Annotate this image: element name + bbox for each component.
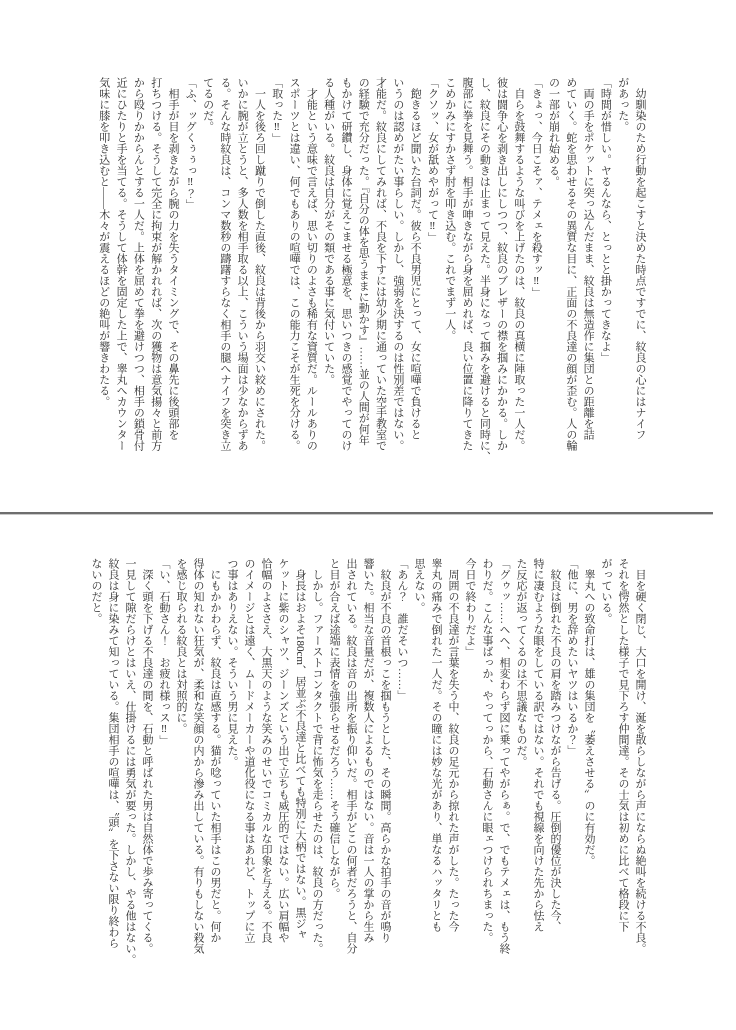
text-line: 身長はおよそ180cm、居並ぶ不良達と比べても特別に大柄ではない。黒ジャ xyxy=(291,558,308,972)
text-line: 思えない。 xyxy=(410,558,427,972)
text-line: 「ふ、ッグくぅぅっ‼？」 xyxy=(181,77,198,473)
text-line: にもかかわらず、紋良は直感する。猫が唸っていた相手はこの男だと。何か xyxy=(206,558,223,972)
text-line: 腹部に拳を見舞う。相手が呻きながら身を屈めれば、良い位置に降りてきた xyxy=(458,77,475,473)
text-line: 「あん？ 誰だそいつ……」 xyxy=(393,558,410,972)
text-line: 紋良が不良の首根っこを掴もうとした、その瞬間。高らかな拍手の音が鳴り xyxy=(376,558,393,972)
text-line: 紋良は倒れた不良の肩を踏みつけながら告げる。圧倒的優位が決した今、 xyxy=(546,558,563,972)
text-line: 幼馴染のため行動を起こすと決めた時点ですでに、紋良の心にはナイフ xyxy=(631,77,648,473)
text-line: た反応が返ってくるのは不思議なものだ。 xyxy=(512,558,529,972)
text-line: のイメージとは遠く、ムードメーカーや道化役になる事はあれど、トップに立 xyxy=(240,558,257,972)
text-line: スポーツとは違い、何でもありの喧嘩では、この能力こそが生死を分ける。 xyxy=(285,77,302,473)
text-line: 近にひたりと手を当てる。そうして体幹を固定した上で、睾丸へカウンター xyxy=(112,77,129,473)
text-line: 一見して隙だらけとはいえ、仕掛けるには勇気が要った。しかし、やる他はない。 xyxy=(121,558,138,972)
text-line: 出されている。紋良は音の出所を振り仰いだ。相手がどこの何者だろうと、自分 xyxy=(342,558,359,972)
text-line: 目を硬く閉じ、大口を開け、涎を散らしながら声にならぬ絶叫を続ける不良。 xyxy=(631,558,648,972)
text-line: つ事はありえない。そういう男に見えた。 xyxy=(223,558,240,972)
text-line: の一部が崩れ始める。 xyxy=(544,77,561,473)
text-line: 恰幅のよささえ、大黒天のような笑みのせいでコミカルな印象を与える。不良 xyxy=(257,558,274,972)
text-line: 相手が目を剥きながら腕の力を失うタイミングで、その鼻先に後頭部を xyxy=(164,77,181,473)
text-line: る。そんな時紋良は、コンマ数秒の躊躇すらなく相手の腿へナイフを突き立 xyxy=(216,77,233,473)
text-line: 響いた。相当な音量だが、複数人によるものではない。音は一人の掌から生み xyxy=(359,558,376,972)
text-line: 両の手をポケットに突っ込んだまま、紋良は無造作に集団との距離を詰 xyxy=(579,77,596,473)
text-line: それを愕然とした様子で見下ろす仲間達。その士気は初めに比べて格段に下 xyxy=(614,558,631,972)
text-line: ないのだと。 xyxy=(87,558,104,972)
text-line: めていく。蛇を思わせるその異質な目に、正面の不良達の顔が歪む。人の輪 xyxy=(562,77,579,473)
text-line: と目が合えば途端に表情を強張らせるだろう……そう確信しながら。 xyxy=(325,558,342,972)
text-line: 自らを鼓舞するような叫びを上げたのは、紋良の真横に陣取った一人だ。 xyxy=(510,77,527,473)
bottom-text-block: 目を硬く閉じ、大口を開け、涎を散らしながら声にならぬ絶叫を続ける不良。それを愕然… xyxy=(87,558,648,972)
text-line: 「取った‼」 xyxy=(267,77,284,473)
text-line: しかし。ファーストコンタクトで背に怖気を走らせたのは、紋良の方だった。 xyxy=(308,558,325,972)
text-line: 才能という意味で言えば、思い切りのよさも稀有な資質だ。ルールありの xyxy=(302,77,319,473)
text-line: 飽きるほど聞いた台詞だ。彼ら不良男児にとって、女に喧嘩で負けると xyxy=(406,77,423,473)
text-line: 特に凄むような眼をしている訳ではない。それでも視線を向けた先から怯え xyxy=(529,558,546,972)
text-line: 打ちつける。そうして完全に拘束が解かれれば、次の獲物は意気揚々と前方 xyxy=(146,77,163,473)
text-line: 睾丸の痛みで倒れた一人だ。その瞳には妙な光があり、単なるハッタリとも xyxy=(427,558,444,972)
top-text-block: 幼馴染のため行動を起こすと決めた時点ですでに、紋良の心にはナイフがあった。「時間… xyxy=(95,77,649,473)
text-line: がっている。 xyxy=(597,558,614,972)
text-line: こめかみにすかさず肘を叩き込む。これでまず一人。 xyxy=(440,77,457,473)
text-line: 一人を後ろ回し蹴りで倒した直後、紋良は背後から羽交い絞めにされた。 xyxy=(250,77,267,473)
text-line: 今日で終わりだよ」 xyxy=(461,558,478,972)
text-line: 「他に、男を辞めたいヤツはいるか？」 xyxy=(563,558,580,972)
text-line: 紋良は身に染みて知っている。集団相手の喧嘩は、〝頭〟を下さない限り終わら xyxy=(104,558,121,972)
section-divider xyxy=(0,512,713,515)
text-line: し、紋良にその動きは止まって見えた。半身になって掴みを避けると同時に、 xyxy=(475,77,492,473)
text-line: 「い、石動さん！ お疲れ様っス‼」 xyxy=(155,558,172,972)
text-line: 深く頭を下げる不良達の間を、石動と呼ばれた男は自然体で歩み寄ってくる。 xyxy=(138,558,155,972)
text-line: 周囲の不良達が言葉を失う中、紋良の足元から掠れた声がした。たった今 xyxy=(444,558,461,972)
text-line: 得体の知れない狂気が、柔和な笑顔の内から滲み出している。有りもしない殺気 xyxy=(189,558,206,972)
text-line: 「きょっ、今日こそァ、テメェを殺すッ‼」 xyxy=(527,77,544,473)
text-line: ケットに紫のシャツ、ジーンズという出で立ちも威圧的ではない。広い肩幅や xyxy=(274,558,291,972)
text-line: てるのだ。 xyxy=(198,77,215,473)
text-line: もかけて研鑽し、身体に覚えこませる極意を、思いつきの感覚でやってのけ xyxy=(337,77,354,473)
text-line: 「グゥッ……ヘヘ、相変わらず図に乗ってやがらぁ。で、でもテメェは、もう終 xyxy=(495,558,512,972)
text-line: 「クソッ、女が舐めやがって‼」 xyxy=(423,77,440,473)
text-line: る人種がいる。紋良は自分がその類である事に気付いていた。 xyxy=(319,77,336,473)
text-line: わりだ。こんな事ばっか、やってっから、石動さんに眼ェつけられちまった。 xyxy=(478,558,495,972)
text-line: 睾丸への致命打は、雄の集団を〝萎えさせる〟のに有効だ。 xyxy=(580,558,597,972)
text-line: があった。 xyxy=(613,77,630,473)
text-line: いうのは認めがたい事らしい。しかし、強弱を決するのは性別差ではない。 xyxy=(389,77,406,473)
text-line: から殴りかからんとする一人だ。上体を屈めて拳を避けつつ、相手の鎖骨付 xyxy=(129,77,146,473)
text-line: いかに腕が立とうと、多人数を相手取る以上、こういう場面は少なからずあ xyxy=(233,77,250,473)
text-line: の経験で充分だった。『自分の体を思うままに動かす』……並の人間が何年 xyxy=(354,77,371,473)
text-line: 気味に膝を叩き込むと――木々が震えるほどの絶叫が響きわたる。 xyxy=(95,77,112,473)
novel-page: 幼馴染のため行動を起こすと決めた時点ですでに、紋良の心にはナイフがあった。「時間… xyxy=(0,0,736,1030)
text-line: 「時間が惜しい。ヤるんなら、とっとと掛かってきなよ」 xyxy=(596,77,613,473)
text-line: を感じ取られる紋良とは対照的に。 xyxy=(172,558,189,972)
text-line: 彼は闘争心を剥き出しにしつつ、紋良のブレザーの襟を掴みにかかる。しか xyxy=(492,77,509,473)
text-line: 才能だ。紋良にしてみれば、不良を下すには幼少期に通っていた空手教室で xyxy=(371,77,388,473)
